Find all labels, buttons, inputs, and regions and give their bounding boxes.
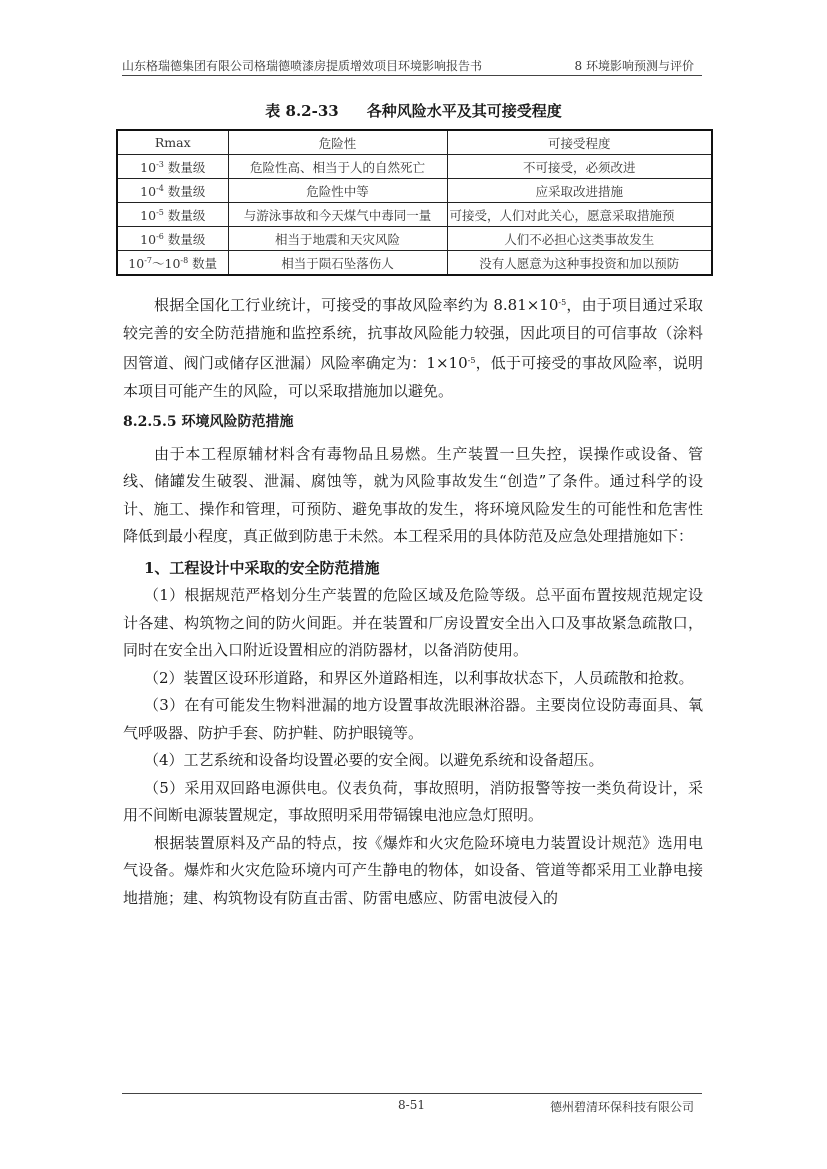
table-row: 10-7～10-8 数量 相当于陨石坠落伤人 没有人愿意为这种事投资和加以预防 [117,251,712,276]
body-content: 根据全国化工行业统计，可接受的事故风险率约为 8.81×10-5，由于项目通过采… [123,289,703,912]
paragraph-risk-rate: 根据全国化工行业统计，可接受的事故风险率约为 8.81×10-5，由于项目通过采… [123,289,703,405]
table-caption: 表 8.2-33各种风险水平及其可接受程度 [0,100,827,121]
acceptance-cell: 没有人愿意为这种事投资和加以预防 [447,251,712,276]
acceptance-cell: 应采取改进措施 [447,179,712,203]
footer-company: 德州碧清环保科技有限公司 [550,1098,694,1115]
table-row: 10-5 数量级 与游泳事故和今天煤气中毒同一量 可接受，人们对此关心，愿意采取… [117,203,712,227]
rmax-exponent: -6 [156,232,164,241]
risk-cell: 相当于陨石坠落伤人 [228,251,447,276]
risk-cell: 相当于地震和天灾风险 [228,227,447,251]
page-number: 8-51 [398,1098,425,1112]
table-row: 10-4 数量级 危险性中等 应采取改进措施 [117,179,712,203]
acceptance-cell: 不可接受，必须改进 [447,155,712,179]
rmax-exponent: -5 [156,208,164,217]
rmax-base: 10 [140,208,156,223]
column-header-risk: 危险性 [228,130,447,155]
list-item: （3）在有可能发生物料泄漏的地方设置事故洗眼淋浴器。主要岗位设防毒面具、氧气呼吸… [123,692,703,747]
text-span: 根据全国化工行业统计，可接受的事故风险率约为 8.81×10 [154,296,558,314]
acceptance-cell: 可接受，人们对此关心，愿意采取措施预 [447,203,712,227]
risk-level-table: Rmax 危险性 可接受程度 10-3 数量级 危险性高、相当于人的自然死亡 不… [116,129,713,276]
rmax-suffix: 数量 [188,256,217,271]
rmax-suffix: 数量级 [164,232,205,247]
column-header-acceptance: 可接受程度 [447,130,712,155]
list-item: （2）装置区设环形道路，和界区外道路相连，以利事故状态下，人员疏散和抢救。 [123,665,703,693]
list-item: （1）根据规范严格划分生产装置的危险区域及危险等级。总平面布置按规范规定设计各建… [123,582,703,665]
rmax-cell: 10-6 数量级 [117,227,228,251]
rmax-range-mid: ～10 [152,256,180,271]
header-report-title: 山东格瑞德集团有限公司格瑞德喷漆房提质增效项目环境影响报告书 [122,57,482,74]
page-footer: 8-51 德州碧清环保科技有限公司 [122,1093,702,1114]
rmax-base: 10 [128,256,144,271]
rmax-suffix: 数量级 [164,184,205,199]
rmax-cell: 10-7～10-8 数量 [117,251,228,276]
page-header: 山东格瑞德集团有限公司格瑞德喷漆房提质增效项目环境影响报告书 8 环境影响预测与… [122,57,702,76]
paragraph-intro: 由于本工程原辅材料含有毒物品且易燃。生产装置一旦失控，误操作或设备、管线、储罐发… [123,441,703,551]
table-title: 各种风险水平及其可接受程度 [367,102,562,120]
section-heading: 8.2.5.5 环境风险防范措施 [123,409,703,437]
rmax-base: 10 [140,232,156,247]
table-row: 10-6 数量级 相当于地震和天灾风险 人们不必担心这类事故发生 [117,227,712,251]
column-header-rmax: Rmax [117,130,228,155]
risk-cell: 与游泳事故和今天煤气中毒同一量 [228,203,447,227]
rmax-cell: 10-3 数量级 [117,155,228,179]
header-chapter-title: 8 环境影响预测与评价 [575,57,694,74]
rmax-cell: 10-5 数量级 [117,203,228,227]
table-header-row: Rmax 危险性 可接受程度 [117,130,712,155]
rmax-base: 10 [140,184,156,199]
paragraph-electrical: 根据装置原料及产品的特点，按《爆炸和火灾危险环境电力装置设计规范》选用电气设备。… [123,830,703,913]
rmax-base: 10 [140,160,156,175]
acceptance-cell: 人们不必担心这类事故发生 [447,227,712,251]
list-item: （5）采用双回路电源供电。仪表负荷，事故照明，消防报警等按一类负荷设计，采用不间… [123,775,703,830]
table-row: 10-3 数量级 危险性高、相当于人的自然死亡 不可接受，必须改进 [117,155,712,179]
subsection-heading: 1、工程设计中采取的安全防范措施 [123,555,703,583]
list-item: （4）工艺系统和设备均设置必要的安全阀。以避免系统和设备超压。 [123,747,703,775]
rmax-cell: 10-4 数量级 [117,179,228,203]
risk-cell: 危险性高、相当于人的自然死亡 [228,155,447,179]
rmax-exponent: -7 [144,256,152,265]
risk-cell: 危险性中等 [228,179,447,203]
rmax-suffix: 数量级 [164,160,205,175]
rmax-suffix: 数量级 [164,208,205,223]
rmax-exponent: -4 [156,184,164,193]
table-number: 表 8.2-33 [265,102,338,120]
rmax-exponent: -3 [156,160,164,169]
